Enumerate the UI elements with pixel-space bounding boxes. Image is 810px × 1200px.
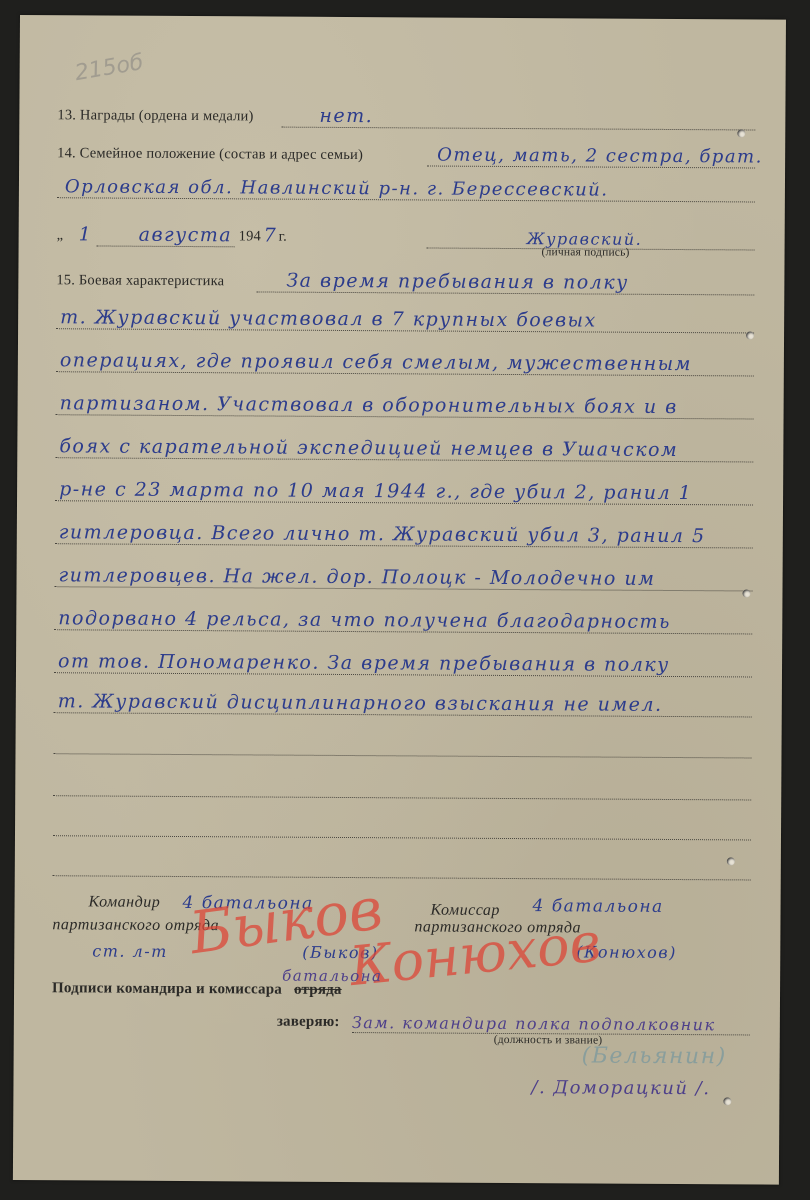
combat-line-14: [53, 875, 751, 880]
punch-hole: [723, 1097, 731, 1105]
combat-line-12: [53, 795, 751, 800]
certify-row: Подписи командира и комиссара отряда бат…: [52, 973, 750, 1007]
combat-row-6: гитлеровца. Всего лично т. Журавский уби…: [55, 518, 753, 552]
combat-text-line: гитлеровца. Всего лично т. Журавский уби…: [59, 521, 706, 547]
awards-line: [281, 127, 755, 131]
combat-row-3: партизаном. Участвовал в оборонительных …: [56, 389, 754, 423]
combat-row-9: от тов. Пономаренко. За время пребывания…: [54, 647, 752, 681]
combat-row-11: [53, 728, 751, 762]
combat-text-line: партизаном. Участвовал в оборонительных …: [60, 392, 678, 418]
commander-label: Командир: [89, 893, 161, 911]
combat-row-10: т. Журавский дисциплинарного взыскания н…: [54, 687, 752, 721]
awards-row: 13. Награды (ордена и медали) нет.: [57, 100, 755, 134]
combat-row-7: гитлеровцев. На жел. дор. Полоцк - Молод…: [54, 561, 752, 595]
family-row: 14. Семейное положение (состав и адрес с…: [57, 138, 755, 172]
punch-hole: [742, 589, 750, 597]
awards-label: 13. Награды (ордена и медали): [57, 107, 253, 125]
punch-hole: [727, 857, 735, 865]
certify-inserted-word: батальона: [282, 967, 382, 986]
combat-text-line: р-не с 23 марта по 10 мая 1944 г., где у…: [59, 478, 692, 504]
combat-row-1: т. Журавский участвовал в 7 крупных боев…: [56, 303, 754, 337]
combat-text-line: т. Журавский дисциплинарного взыскания н…: [58, 690, 663, 716]
family-value-line1: Отец, мать, 2 сестра, брат.: [437, 145, 763, 168]
combat-text-line: операциях, где проявил себя смелым, муже…: [60, 349, 692, 375]
family-row-2: Орловская обл. Навлинский р-н. г. Бересс…: [57, 172, 755, 206]
combat-row-8: подорвано 4 рельса, за что получена благ…: [54, 604, 752, 638]
combat-row-2: операциях, где проявил себя смелым, муже…: [56, 346, 754, 380]
combat-line-11: [53, 753, 751, 758]
certify-label: Подписи командира и комиссара: [52, 980, 282, 998]
combat-text-line: За время пребывания в полку: [286, 270, 628, 294]
certifier-name-row: /. Доморацкий /.: [51, 1070, 749, 1104]
signature-caption-row: (личная подпись): [57, 237, 755, 259]
commander-rank: ст. л-т: [92, 941, 168, 960]
awards-value: нет.: [319, 105, 373, 127]
family-label: 14. Семейное положение (состав и адрес с…: [57, 145, 363, 164]
combat-text-line: от тов. Пономаренко. За время пребывания…: [58, 650, 670, 676]
combat-row-0: 15. Боевая характеристика За время пребы…: [56, 265, 754, 299]
document-page: 215об 13. Награды (ордена и медали) нет.…: [13, 15, 786, 1185]
combat-line-13: [53, 835, 751, 840]
family-value-line2: Орловская обл. Навлинский р-н. г. Бересс…: [65, 176, 609, 200]
combat-label: 15. Боевая характеристика: [56, 272, 224, 290]
combat-row-12: [53, 770, 751, 804]
combat-row-4: боях с карательной экспедицией немцев в …: [55, 432, 753, 466]
certifier-name: /. Доморацкий /.: [531, 1077, 710, 1099]
combat-text-line: т. Журавский участвовал в 7 крупных боев…: [60, 306, 597, 331]
combat-row-13: [53, 810, 751, 844]
punch-hole: [746, 331, 754, 339]
combat-text-line: боях с карательной экспедицией немцев в …: [59, 435, 678, 461]
combat-text-line: подорвано 4 рельса, за что получена благ…: [58, 607, 671, 633]
signature-caption: (личная подпись): [542, 246, 630, 259]
archive-number: 215об: [73, 50, 145, 86]
punch-hole: [737, 129, 745, 137]
combat-row-14: [53, 850, 751, 884]
combat-text-line: гитлеровцев. На жел. дор. Полоцк - Молод…: [59, 564, 656, 590]
faded-name-row: (Бельянин): [52, 1040, 750, 1074]
combat-row-5: р-не с 23 марта по 10 мая 1944 г., где у…: [55, 475, 753, 509]
faded-name: (Бельянин): [582, 1043, 727, 1069]
